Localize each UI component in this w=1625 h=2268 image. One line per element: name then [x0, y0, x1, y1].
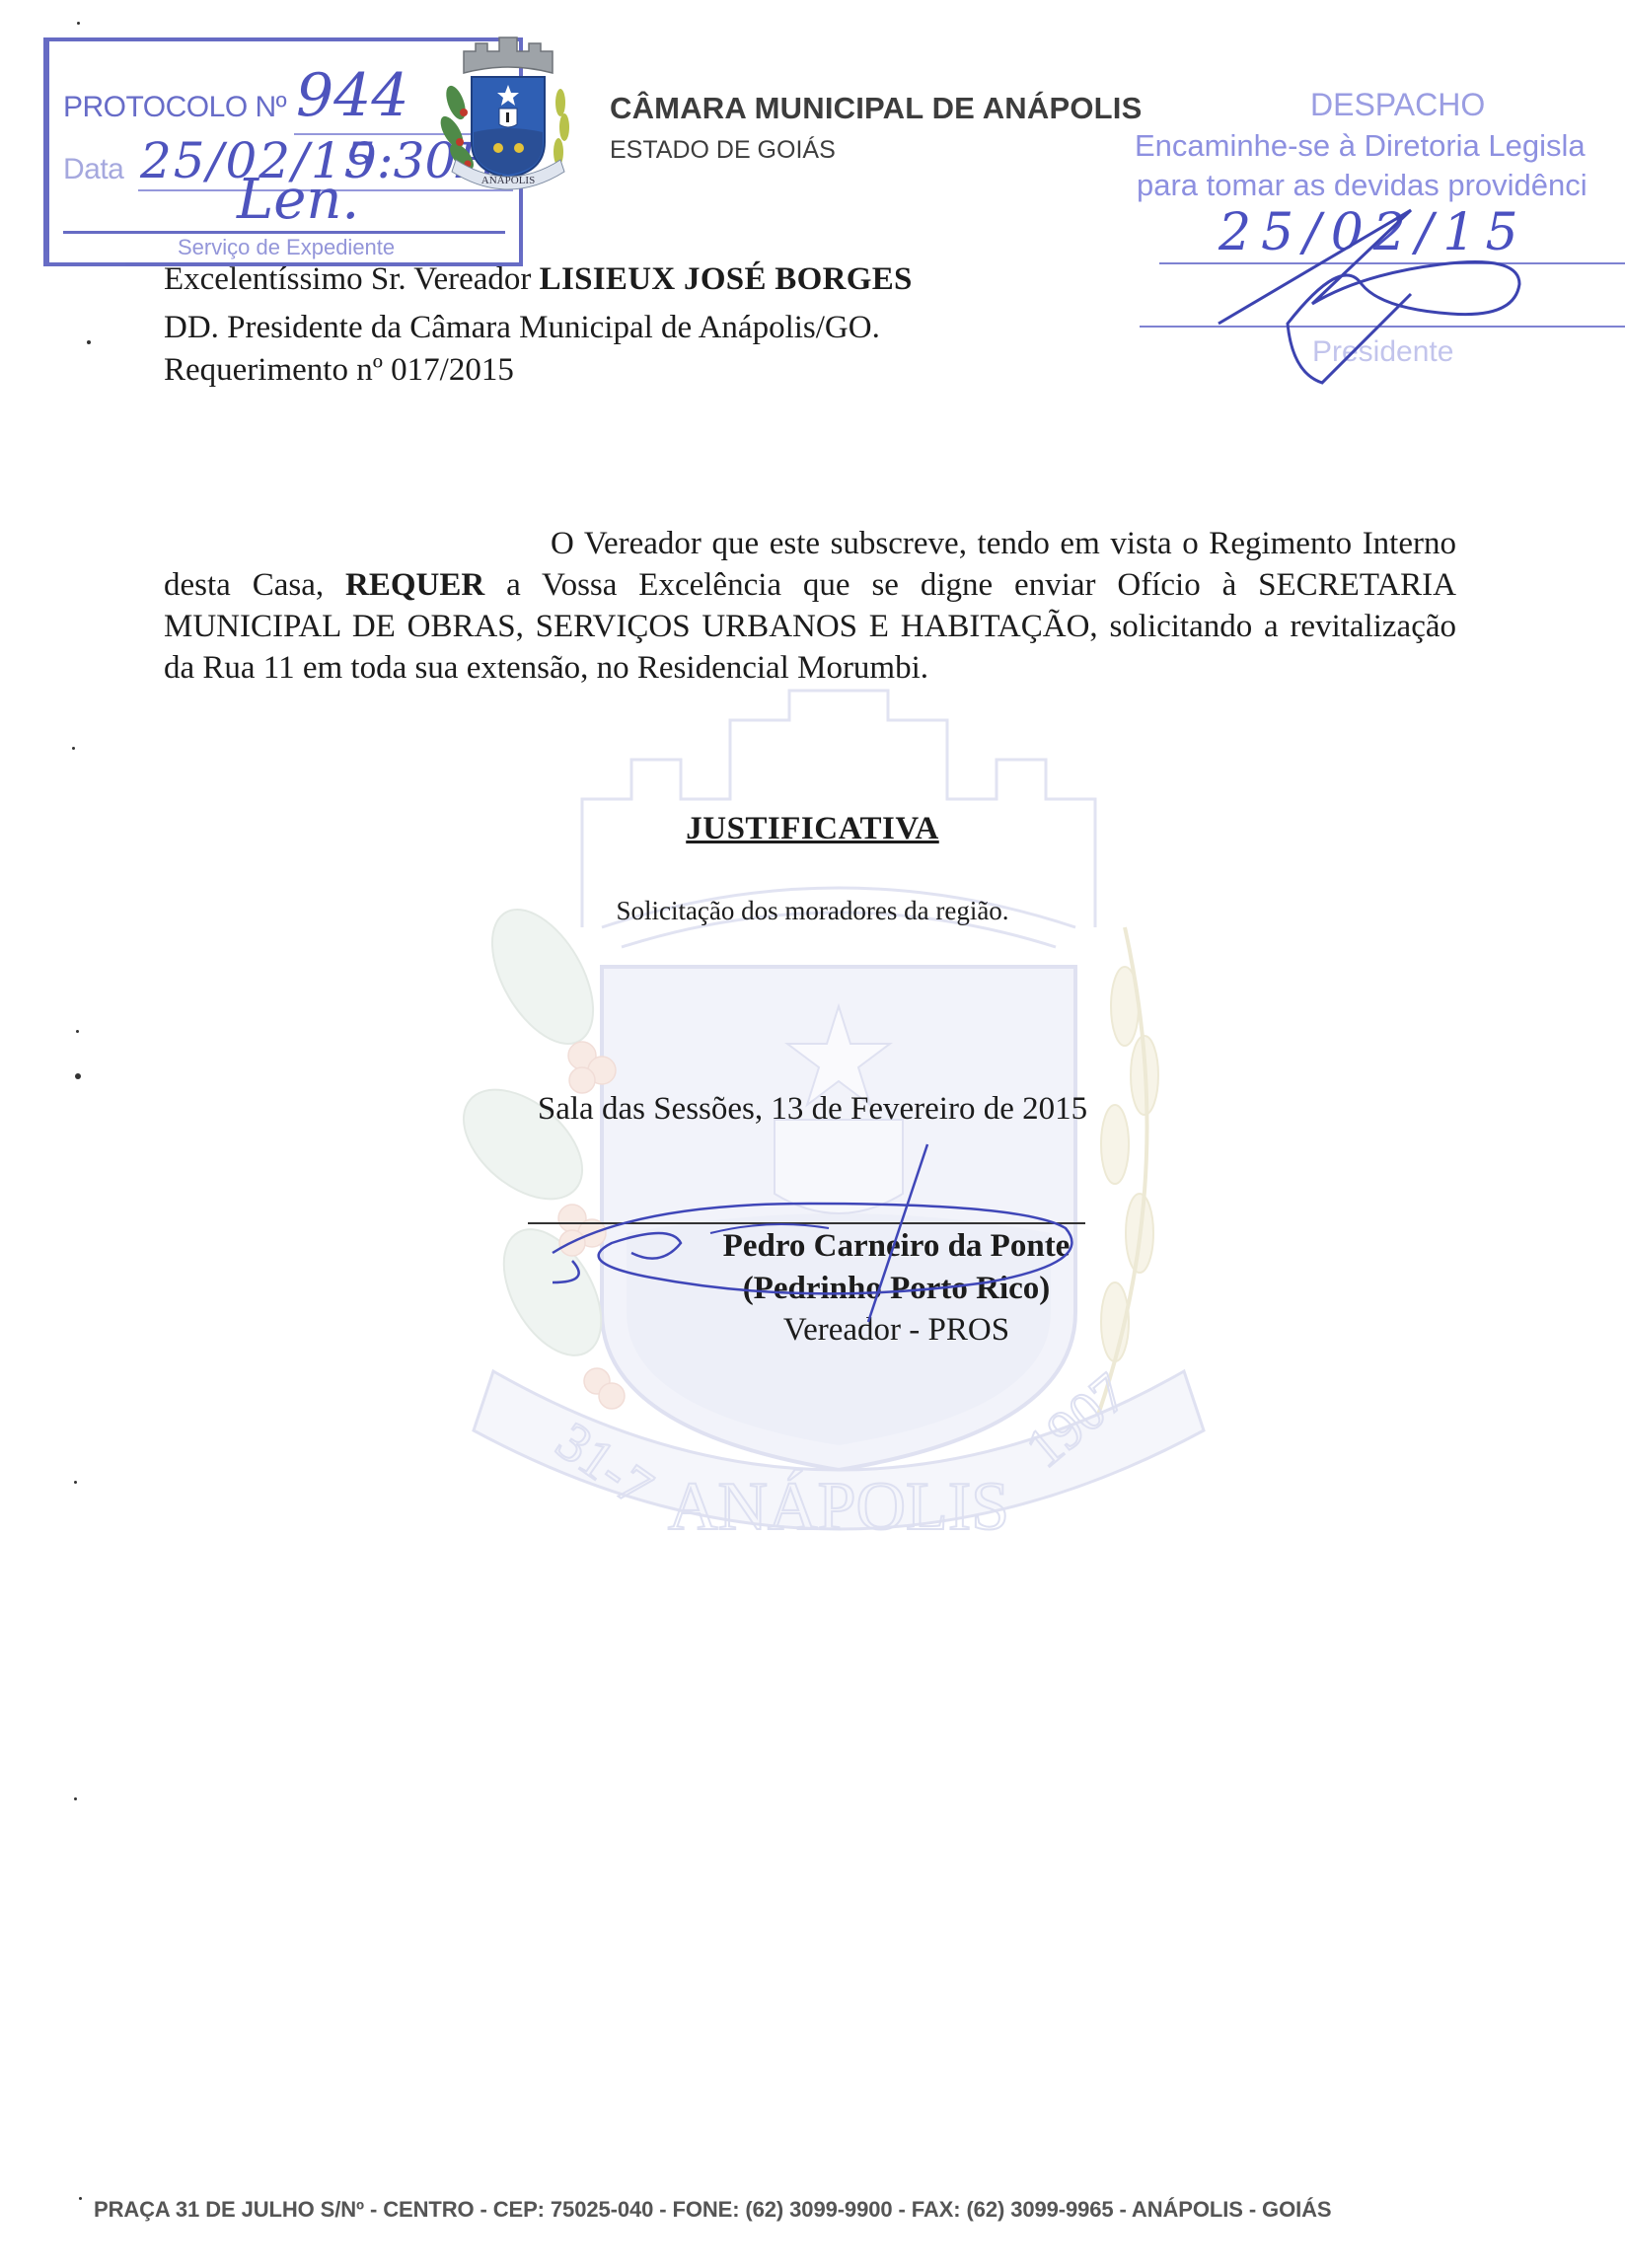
signer-nickname: (Pedrinho Porto Rico) — [0, 1271, 1625, 1307]
scan-dot — [87, 340, 91, 344]
scan-dot — [77, 22, 80, 25]
signer-name: Pedro Carneiro da Ponte — [0, 1228, 1625, 1265]
scan-dot — [74, 1797, 77, 1800]
svg-text:ANÁPOLIS: ANÁPOLIS — [668, 1469, 1009, 1545]
protocol-label: PROTOCOLO Nº — [63, 91, 286, 124]
request-verb: REQUER — [345, 567, 484, 603]
header-subtitle: ESTADO DE GOIÁS — [610, 136, 836, 165]
scan-dot — [74, 1481, 77, 1484]
addressee-name: LISIEUX JOSÉ BORGES — [540, 261, 913, 297]
president-signature-icon — [1125, 87, 1625, 412]
svg-text:1907: 1907 — [1015, 1361, 1140, 1479]
protocol-number: 944 — [296, 61, 409, 130]
protocol-initials: Len. — [237, 168, 359, 232]
signature-line — [528, 1222, 1085, 1224]
municipal-crest-icon: ANÁPOLIS — [434, 34, 582, 199]
justification-text: Solicitação dos moradores da região. — [0, 896, 1625, 926]
addressee-line: Excelentíssimo Sr. Vereador LISIEUX JOSÉ… — [164, 259, 913, 299]
svg-text:ANÁPOLIS: ANÁPOLIS — [481, 175, 535, 186]
despacho-stamp: DESPACHO Encaminhe-se à Diretoria Legisl… — [1125, 87, 1625, 412]
request-reference: Requerimento nº 017/2015 — [164, 350, 514, 390]
session-date: Sala das Sessões, 13 de Fevereiro de 201… — [0, 1091, 1625, 1128]
svg-text:31-7: 31-7 — [546, 1411, 664, 1519]
date-label: Data — [63, 153, 123, 186]
header-title: CÂMARA MUNICIPAL DE ANÁPOLIS — [610, 91, 1143, 126]
salutation: Excelentíssimo Sr. Vereador — [164, 261, 531, 297]
addressee-position: DD. Presidente da Câmara Municipal de An… — [164, 308, 880, 347]
request-body: O Vereador que este subscreve, tendo em … — [164, 523, 1456, 689]
department-label: Serviço de Expediente — [178, 235, 395, 260]
justification-heading: JUSTIFICATIVA — [0, 811, 1625, 847]
scan-dot — [76, 1030, 79, 1033]
scan-dot — [72, 747, 75, 750]
signer-role: Vereador - PROS — [0, 1312, 1625, 1349]
scan-dot — [79, 2197, 82, 2200]
scan-dot — [75, 1073, 81, 1079]
footer-address: PRAÇA 31 DE JULHO S/Nº - CENTRO - CEP: 7… — [94, 2197, 1331, 2223]
